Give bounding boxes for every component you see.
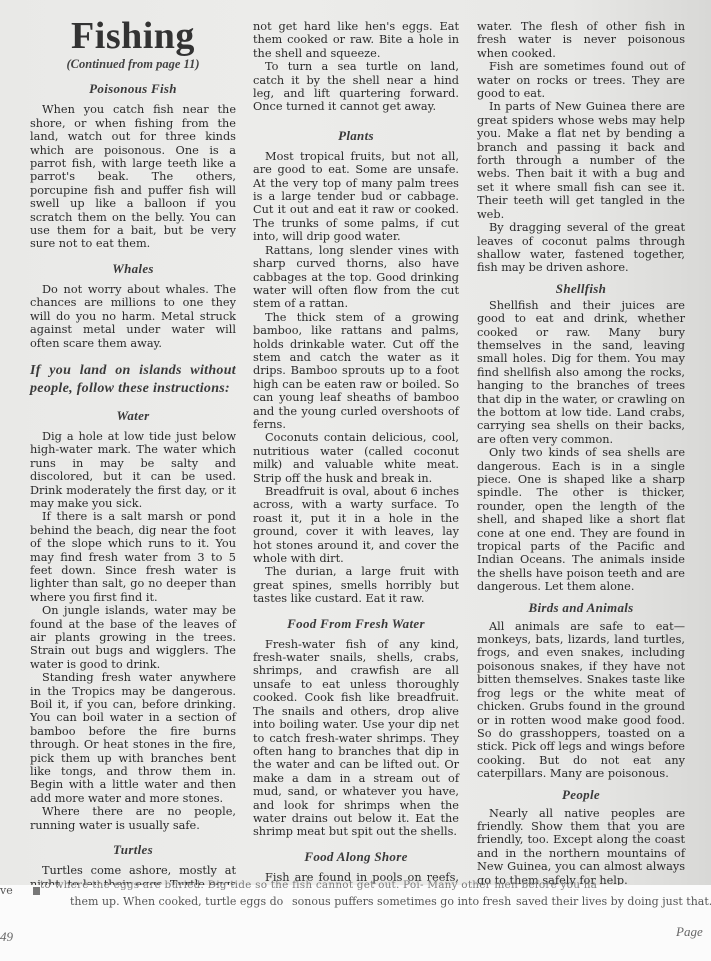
paragraph: On jungle islands, water may be found at… xyxy=(30,604,236,671)
heading-food-along-shore: Food Along Shore xyxy=(253,849,459,865)
paragraph: Only two kinds of sea shells are dangero… xyxy=(477,446,685,593)
continuation-line-col2: sonous puffers sometimes go into fresh xyxy=(292,895,511,908)
heading-food-fresh-water: Food From Fresh Water xyxy=(253,616,459,632)
scan-marker xyxy=(33,887,40,895)
continuation-line-col1: them up. When cooked, turtle eggs do xyxy=(70,895,283,908)
page-label: Page xyxy=(676,924,703,940)
heading-people: People xyxy=(477,787,685,803)
paragraph: If there is a salt marsh or pond behind … xyxy=(30,510,236,604)
paragraph: The thick stem of a growing bamboo, like… xyxy=(253,311,459,432)
paragraph: Fish are sometimes found out of water on… xyxy=(477,60,685,100)
bottom-scan-strip: to where the eggs are buried. Dig tide s… xyxy=(0,885,711,961)
paragraph: Standing fresh water anywhere in the Tro… xyxy=(30,671,236,805)
left-page-fragment: ve xyxy=(0,884,13,897)
continuation-line-col3: saved their lives by doing just that. xyxy=(516,895,711,908)
article-title: Fishing xyxy=(30,16,236,56)
heading-turtles: Turtles xyxy=(30,842,236,858)
paragraph: water. The flesh of other fish in fresh … xyxy=(477,20,685,60)
heading-plants: Plants xyxy=(253,128,459,144)
column-2: not get hard like hen's eggs. Eat them c… xyxy=(253,20,459,938)
paragraph: Do not worry about whales. The chances a… xyxy=(30,283,236,350)
paragraph: When you catch fish near the shore, or w… xyxy=(30,103,236,250)
paragraph: Coconuts contain delicious, cool, nutrit… xyxy=(253,431,459,485)
column-1: Fishing (Continued from page 11) Poisono… xyxy=(30,0,236,931)
paragraph: The durian, a large fruit with great spi… xyxy=(253,565,459,605)
heading-water: Water xyxy=(30,408,236,424)
heading-shellfish: Shellfish xyxy=(477,281,685,297)
paragraph: To turn a sea turtle on land, catch it b… xyxy=(253,60,459,114)
heading-birds-animals: Birds and Animals xyxy=(477,600,685,616)
paragraph: Most tropical fruits, but not all, are g… xyxy=(253,150,459,244)
paragraph: By dragging several of the great leaves … xyxy=(477,221,685,275)
magazine-page: Fishing (Continued from page 11) Poisono… xyxy=(0,0,711,885)
paragraph: All animals are safe to eat—monkeys, bat… xyxy=(477,620,685,781)
paragraph: Where there are no people, running water… xyxy=(30,805,236,832)
subheadline-islands: If you land on islands without people, f… xyxy=(30,362,236,398)
paragraph: Rattans, long slender vines with sharp c… xyxy=(253,244,459,311)
paragraph: not get hard like hen's eggs. Eat them c… xyxy=(253,20,459,60)
paragraph: Fresh-water fish of any kind, fresh-wate… xyxy=(253,638,459,839)
paragraph: In parts of New Guinea there are great s… xyxy=(477,100,685,221)
paragraph: Nearly all native peoples are friendly. … xyxy=(477,807,685,887)
paragraph: Breadfruit is oval, about 6 inches acros… xyxy=(253,485,459,565)
heading-whales: Whales xyxy=(30,261,236,277)
left-page-number-fragment: 49 xyxy=(0,929,13,945)
paragraph: Shellfish and their juices are good to e… xyxy=(477,299,685,446)
heading-poisonous-fish: Poisonous Fish xyxy=(30,81,236,97)
garbled-overlap-line: to where the eggs are buried. Dig tide s… xyxy=(40,879,597,892)
continued-note: (Continued from page 11) xyxy=(30,58,236,71)
column-3: water. The flesh of other fish in fresh … xyxy=(477,20,685,961)
paragraph: Dig a hole at low tide just below high-w… xyxy=(30,430,236,510)
